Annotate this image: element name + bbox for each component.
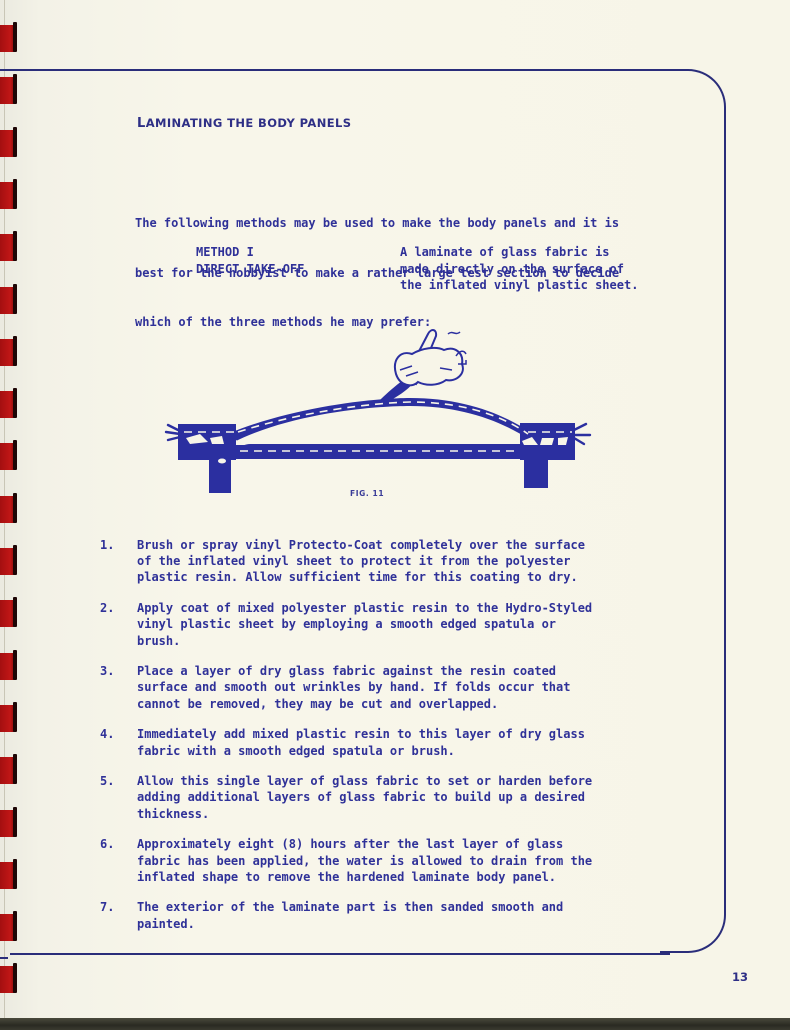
binding-ring (0, 130, 17, 157)
binding-ring (0, 653, 17, 680)
list-item: 2. Apply coat of mixed polyester plastic… (100, 600, 660, 649)
page-frame-bottom-rule (10, 953, 670, 955)
binding-ring (0, 705, 17, 732)
step-text: Place a layer of dry glass fabric agains… (137, 663, 660, 712)
document-page: LAMINATING THE BODY PANELS The following… (0, 0, 790, 1018)
step-text: Apply coat of mixed polyester plastic re… (137, 600, 660, 649)
list-item: 3. Place a layer of dry glass fabric aga… (100, 663, 660, 712)
binding-ring (0, 914, 17, 941)
step-number: 2. (100, 600, 130, 616)
step-number: 7. (100, 899, 130, 915)
binding-ring (0, 443, 17, 470)
binding-ring (0, 391, 17, 418)
binding-ring (0, 810, 17, 837)
base-bar (178, 444, 575, 459)
right-leg (524, 458, 548, 488)
step-number: 1. (100, 537, 130, 553)
binding-ring (0, 25, 17, 52)
page-frame-bottom-stub (0, 957, 8, 959)
binding-ring (0, 600, 17, 627)
hand-brush-drawing (380, 330, 466, 402)
binding-ring (0, 77, 17, 104)
intro-line: The following methods may be used to mak… (135, 215, 675, 232)
list-item: 4. Immediately add mixed plastic resin t… (100, 726, 660, 758)
binding-ring (0, 966, 17, 993)
binding-ring (0, 862, 17, 889)
binding-ring (0, 339, 17, 366)
page-bottom-edge-shadow (0, 1018, 790, 1030)
step-number: 5. (100, 773, 130, 789)
step-number: 6. (100, 836, 130, 852)
step-text: Brush or spray vinyl Protecto-Coat compl… (137, 537, 660, 586)
list-item: 7. The exterior of the laminate part is … (100, 899, 660, 931)
list-item: 5. Allow this single layer of glass fabr… (100, 773, 660, 822)
binding-ring (0, 757, 17, 784)
step-number: 4. (100, 726, 130, 742)
page-frame-top-rule (0, 69, 660, 71)
binding-ring (0, 287, 17, 314)
step-text: Immediately add mixed plastic resin to t… (137, 726, 660, 758)
step-text: The exterior of the laminate part is the… (137, 899, 660, 931)
method-title: METHOD I DIRECT TAKE-OFF (196, 244, 304, 277)
list-item: 6. Approximately eight (8) hours after t… (100, 836, 660, 885)
page-number: 13 (732, 970, 748, 984)
binding-ring (0, 182, 17, 209)
heading-initial: L (137, 116, 146, 131)
method-description: A laminate of glass fabric is made direc… (400, 244, 638, 294)
left-leg (209, 458, 231, 493)
step-text: Approximately eight (8) hours after the … (137, 836, 660, 885)
step-number: 3. (100, 663, 130, 679)
step-text: Allow this single layer of glass fabric … (137, 773, 660, 822)
binding-ring (0, 548, 17, 575)
figure-caption: FIG. 11 (350, 489, 384, 498)
list-item: 1. Brush or spray vinyl Protecto-Coat co… (100, 537, 660, 586)
heading-rest: AMINATING THE BODY PANELS (146, 116, 352, 130)
binding-ring (0, 234, 17, 261)
binding-ring (0, 496, 17, 523)
steps-list: 1. Brush or spray vinyl Protecto-Coat co… (100, 537, 660, 946)
figure-illustration (160, 320, 620, 500)
section-heading: LAMINATING THE BODY PANELS (137, 116, 351, 131)
